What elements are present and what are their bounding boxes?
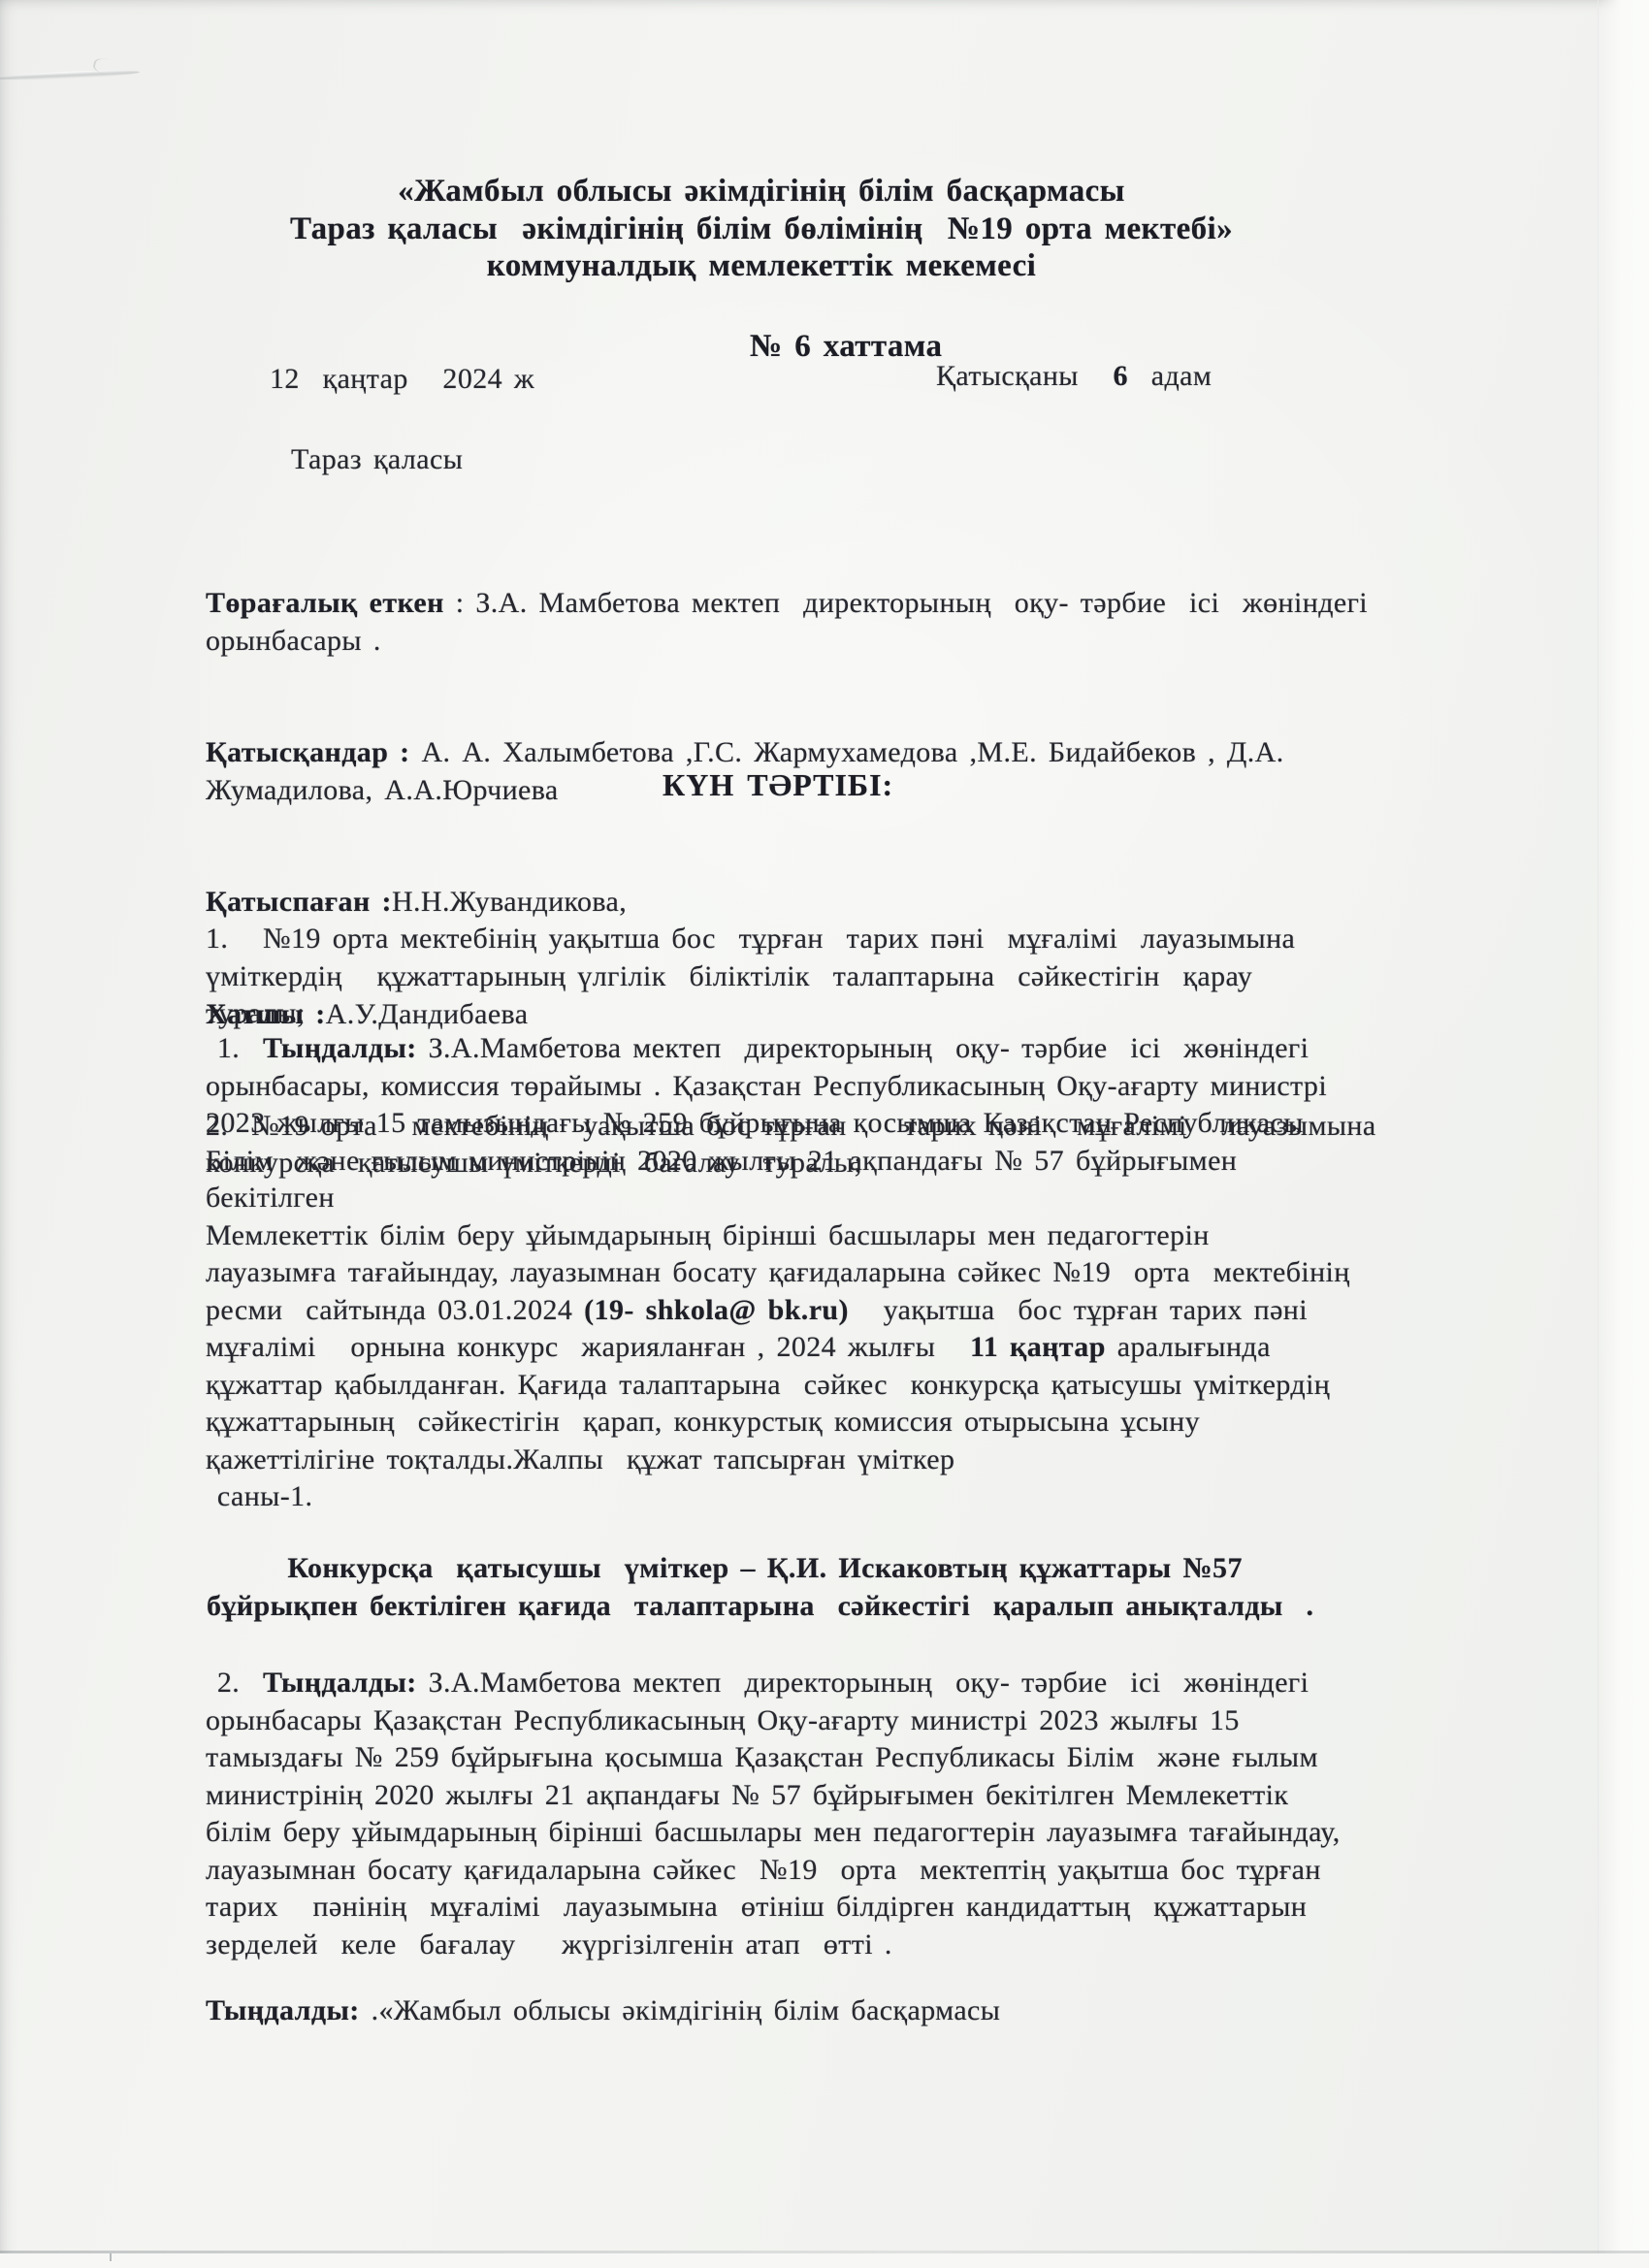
scan-bottom-tick — [110, 2253, 112, 2261]
candidate-resolution-paragraph: Конкурсқа қатысушы үміткер – Қ.И. Искако… — [207, 1550, 1565, 1625]
listened-1-label: Тыңдалды: — [263, 1032, 417, 1064]
listened-paragraph-2: 2. Тыңдалды: З.А.Мамбетова мектеп директ… — [206, 1665, 1583, 1963]
listened-1-number: 1. — [206, 1032, 263, 1064]
paper-bottom-strip — [0, 2253, 1649, 2268]
listened-paragraph-1: 1. Тыңдалды: З.А.Мамбетова мектеп директ… — [206, 1030, 1583, 1516]
paper-right-edge — [1598, 0, 1649, 2268]
agenda-title: КҮН ТӘРТІБІ: — [663, 766, 893, 804]
scanned-protocol-page: «Жамбыл облысы әкімдігінің білім басқарм… — [0, 0, 1649, 2268]
role-chairman: Төрағалық еткен : З.А. Мамбетова мектеп … — [206, 585, 1564, 660]
attendance-line: Қатысқаны 6 адам — [936, 358, 1212, 396]
agenda-item-1: 1. №19 орта мектебінің уақытша бос тұрға… — [206, 921, 1564, 1033]
listened-2-text: З.А.Мамбетова мектеп директорының оқу- т… — [206, 1667, 1341, 1960]
meeting-date: 12 қаңтар 2024 ж — [270, 361, 534, 399]
role-participants-label: Қатысқандар : — [206, 736, 410, 768]
attendance-label: Қатысқаны — [936, 360, 1079, 392]
attendance-count: 6 — [1114, 360, 1128, 392]
attendance-gap — [1079, 360, 1114, 392]
school-email-bold: (19- shkola@ bk.ru) — [584, 1294, 849, 1326]
city-line: Тараз қаласы — [291, 441, 463, 479]
closing-label: Тыңдалды: — [206, 1994, 360, 2026]
deadline-date-bold: 11 қаңтар — [970, 1331, 1106, 1363]
org-header: «Жамбыл облысы әкімдігінің білім басқарм… — [155, 173, 1368, 285]
attendance-gap2 — [1128, 360, 1151, 392]
listened-1-text-a: З.А.Мамбетова мектеп директорының оқу- т… — [206, 1032, 1350, 1326]
scan-bottom-edge-line — [0, 2251, 1649, 2253]
closing-text: .«Жамбыл облысы әкімдігінің білім басқар… — [360, 1994, 1001, 2026]
role-chairman-label: Төрағалық еткен — [206, 587, 444, 619]
listened-2-number: 2. — [206, 1667, 263, 1699]
listened-2-label: Тыңдалды: — [263, 1667, 417, 1699]
closing-line: Тыңдалды: .«Жамбыл облысы әкімдігінің бі… — [206, 1993, 1564, 2030]
attendance-unit: адам — [1151, 360, 1212, 392]
protocol-number-title: № 6 хаттама — [750, 328, 942, 366]
